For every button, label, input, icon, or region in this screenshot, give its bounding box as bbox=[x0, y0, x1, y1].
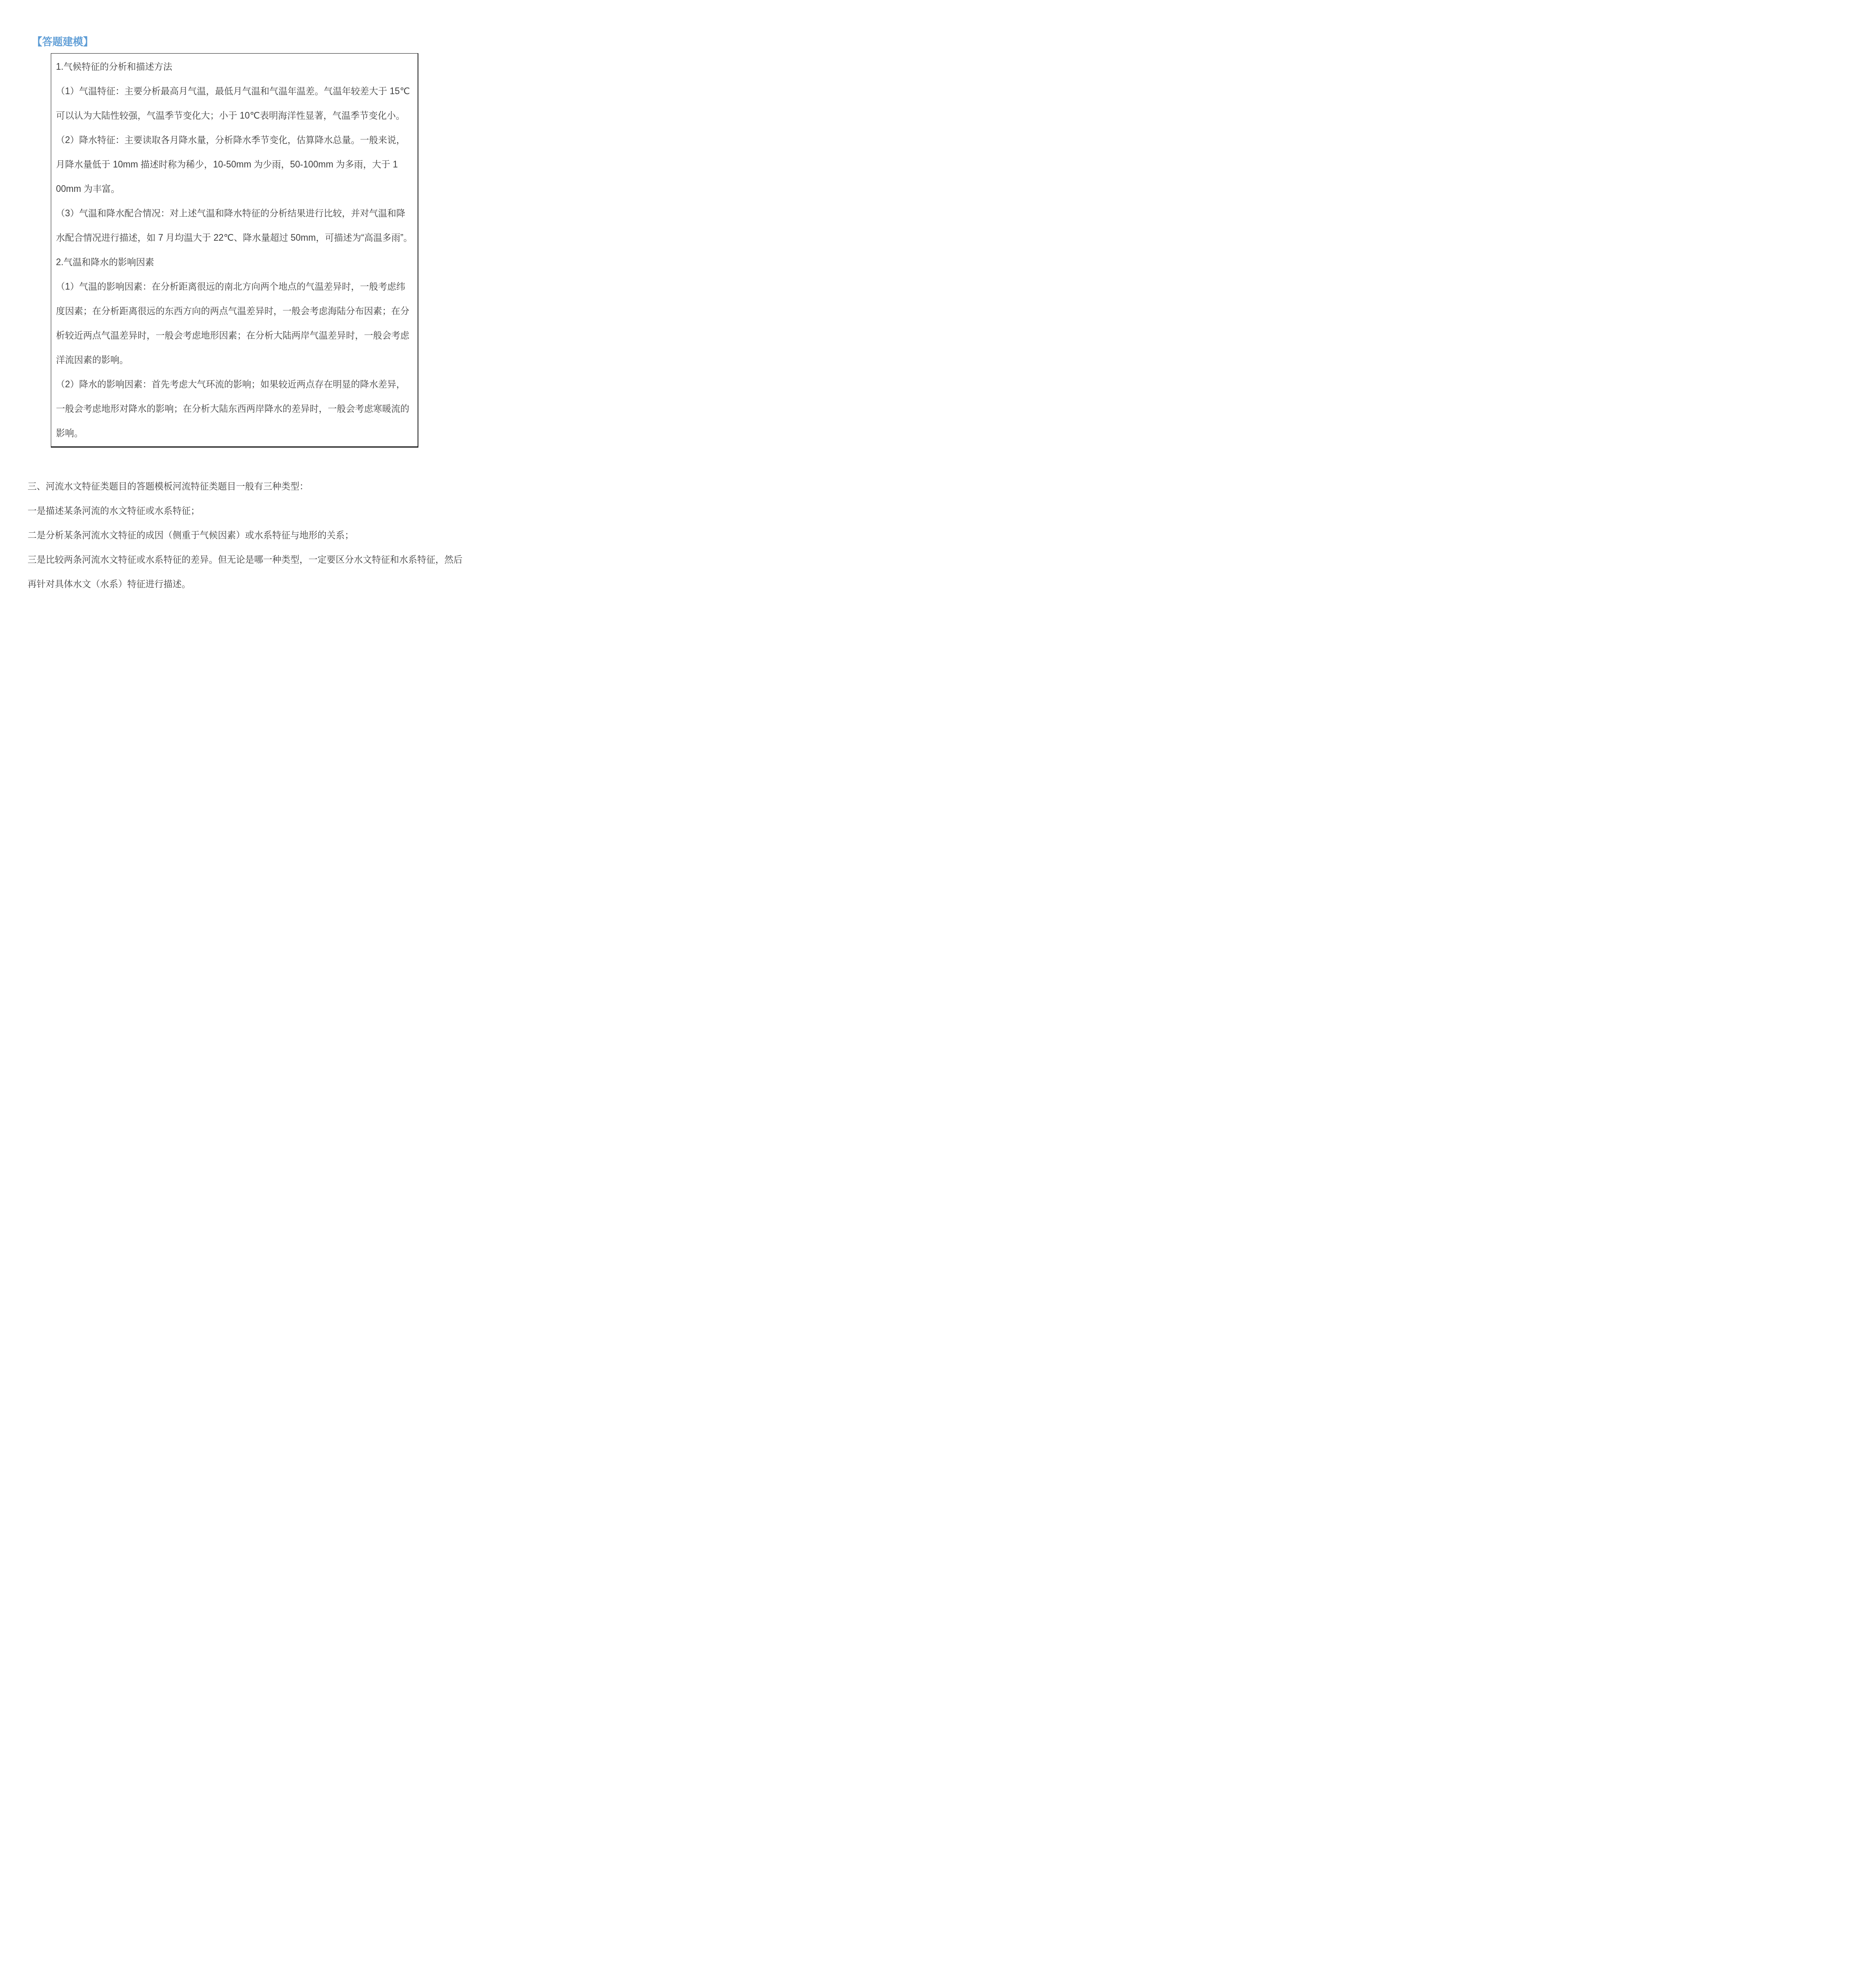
box-text-line: 00mm 为丰富。 bbox=[56, 177, 412, 201]
box-text-line: 影响。 bbox=[56, 421, 412, 445]
body-text-line: 三是比较两条河流水文特征或水系特征的差异。但无论是哪一种类型，一定要区分水文特征… bbox=[28, 547, 465, 572]
box-text-line: 度因素；在分析距离很远的东西方向的两点气温差异时，一般会考虑海陆分布因素；在分 bbox=[56, 299, 412, 323]
box-text-line: （2）降水的影响因素：首先考虑大气环流的影响；如果较近两点存在明显的降水差异， bbox=[56, 372, 412, 396]
box-text-line: 析较近两点气温差异时，一般会考虑地形因素；在分析大陆两岸气温差异时，一般会考虑 bbox=[56, 323, 412, 348]
body-text-line: 三、河流水文特征类题目的答题模板河流特征类题目一般有三种类型： bbox=[28, 474, 465, 498]
body-text-line: 二是分析某条河流水文特征的成因（侧重于气候因素）或水系特征与地形的关系； bbox=[28, 523, 465, 547]
river-hydrology-section: 三、河流水文特征类题目的答题模板河流特征类题目一般有三种类型： 一是描述某条河流… bbox=[28, 474, 465, 596]
box-text-line: 可以认为大陆性较强，气温季节变化大；小于 10℃表明海洋性显著，气温季节变化小。 bbox=[56, 103, 412, 128]
box-text-line: 一般会考虑地形对降水的影响；在分析大陆东西两岸降水的差异时，一般会考虑寒暖流的 bbox=[56, 396, 412, 421]
box-text-line: 月降水量低于 10mm 描述时称为稀少，10-50mm 为少雨，50-100mm… bbox=[56, 152, 412, 177]
section-header-answer-modeling: 【答题建模】 bbox=[32, 34, 93, 48]
box-text-line: （1）气温特征：主要分析最高月气温，最低月气温和气温年温差。气温年较差大于 15… bbox=[56, 79, 412, 103]
box-text-line: 1.气候特征的分析和描述方法 bbox=[56, 54, 412, 79]
body-text-line: 再针对具体水文（水系）特征进行描述。 bbox=[28, 572, 465, 596]
box-text-line: 2.气温和降水的影响因素 bbox=[56, 250, 412, 274]
box-text-line: （1）气温的影响因素：在分析距离很远的南北方向两个地点的气温差异时，一般考虑纬 bbox=[56, 274, 412, 299]
box-text-line: 水配合情况进行描述，如 7 月均温大于 22℃、降水量超过 50mm，可描述为“… bbox=[56, 225, 412, 250]
box-text-line: 洋流因素的影响。 bbox=[56, 348, 412, 372]
box-text-line: （2）降水特征：主要读取各月降水量，分析降水季节变化，估算降水总量。一般来说， bbox=[56, 128, 412, 152]
body-text-line: 一是描述某条河流的水文特征或水系特征； bbox=[28, 498, 465, 523]
document-page: 【答题建模】 1.气候特征的分析和描述方法 （1）气温特征：主要分析最高月气温，… bbox=[0, 0, 469, 663]
answer-model-box: 1.气候特征的分析和描述方法 （1）气温特征：主要分析最高月气温，最低月气温和气… bbox=[51, 53, 418, 448]
box-text-line: （3）气温和降水配合情况：对上述气温和降水特征的分析结果进行比较，并对气温和降 bbox=[56, 201, 412, 225]
